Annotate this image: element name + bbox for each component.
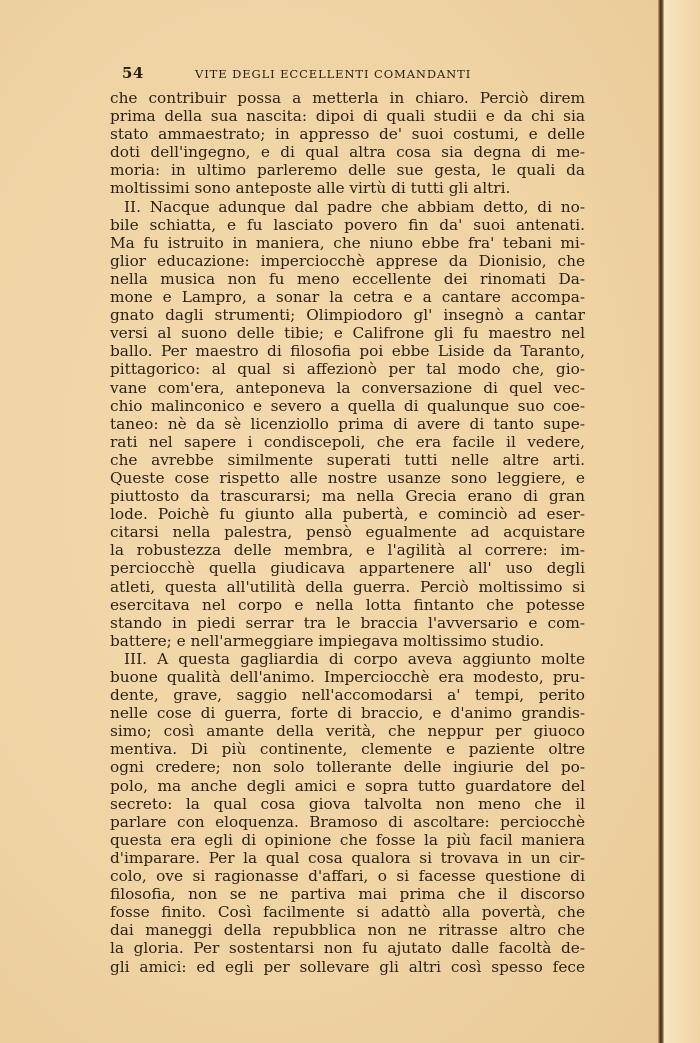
text-line: moria: in ultimo parleremo delle sue ges… (110, 161, 585, 179)
page-header: 54 VITE DEGLI ECCELLENTI COMANDANTI (122, 64, 592, 84)
adjacent-page-edge (664, 0, 700, 1043)
text-line: nelle cose di guerra, forte di braccio, … (110, 704, 585, 722)
text-line: secreto: la qual cosa giova talvolta non… (110, 795, 585, 813)
running-title: VITE DEGLI ECCELLENTI COMANDANTI (195, 67, 471, 81)
text-line: prima della sua nascita: dipoi di quali … (110, 107, 585, 125)
text-line: la robustezza delle membra, e l'agilità … (110, 541, 585, 559)
text-line: vane com'era, anteponeva la conversazion… (110, 379, 585, 397)
text-line: simo; così amante della verità, che nepp… (110, 722, 585, 740)
text-line: glior educazione: imperciocchè apprese d… (110, 252, 585, 270)
text-line: stando in piedi serrar tra le braccia l'… (110, 614, 585, 632)
text-line: perciocchè quella giudicava appartenere … (110, 559, 585, 577)
text-line: ogni credere; non solo tollerante delle … (110, 758, 585, 776)
section-start-line: II. Nacque adunque dal padre che abbiam … (110, 198, 585, 216)
text-line: colo, ove si ragionasse d'affari, o si f… (110, 867, 585, 885)
text-line: dente, grave, saggio nell'accomodarsi a'… (110, 686, 585, 704)
text-line: Queste cose rispetto alle nostre usanze … (110, 469, 585, 487)
text-line: versi al suono delle tibie; e Califrone … (110, 324, 585, 342)
text-line: fosse finito. Così facilmente si adattò … (110, 903, 585, 921)
text-line: polo, ma anche degli amici e sopra tutto… (110, 777, 585, 795)
body-text: che contribuir possa a metterla in chiar… (110, 89, 585, 976)
text-line: moltissimi sono anteposte alle virtù di … (110, 179, 585, 197)
text-line: nella musica non fu meno eccellente dei … (110, 270, 585, 288)
text-line: stato ammaestrato; in appresso de' suoi … (110, 125, 585, 143)
section-start-line: III. A questa gagliardia di corpo aveva … (110, 650, 585, 668)
text-line: la gloria. Per sostentarsi non fu ajutat… (110, 939, 585, 957)
text-line: piuttosto da trascurarsi; ma nella Greci… (110, 487, 585, 505)
text-line: che avrebbe similmente superati tutti ne… (110, 451, 585, 469)
text-line: parlare con eloquenza. Bramoso di ascolt… (110, 813, 585, 831)
page-number: 54 (122, 64, 144, 82)
text-line: Ma fu istruito in maniera, che niuno ebb… (110, 234, 585, 252)
text-line: atleti, questa all'utilità della guerra.… (110, 578, 585, 596)
text-line: pittagorico: al qual si affezionò per ta… (110, 360, 585, 378)
text-line: buone qualità dell'animo. Imperciocchè e… (110, 668, 585, 686)
text-line: citarsi nella palestra, pensò egualmente… (110, 523, 585, 541)
book-page: 54 VITE DEGLI ECCELLENTI COMANDANTI che … (0, 0, 660, 1043)
text-line: dai maneggi della repubblica non ne ritr… (110, 921, 585, 939)
text-line: questa era egli di opinione che fosse la… (110, 831, 585, 849)
text-line: taneo: nè da sè licenziollo prima di ave… (110, 415, 585, 433)
text-line: filosofia, non se ne partiva mai prima c… (110, 885, 585, 903)
text-line: doti dell'ingegno, e di qual altra cosa … (110, 143, 585, 161)
text-line: mone e Lampro, a sonar la cetra e a cant… (110, 288, 585, 306)
text-line: bile schiatta, e fu lasciato povero fin … (110, 216, 585, 234)
text-line: esercitava nel corpo e nella lotta finta… (110, 596, 585, 614)
text-line: ballo. Per maestro di filosofia poi ebbe… (110, 342, 585, 360)
text-line: gnato dagli strumenti; Olimpiodoro gl' i… (110, 306, 585, 324)
text-line: che contribuir possa a metterla in chiar… (110, 89, 585, 107)
text-line: lode. Poichè fu giunto alla pubertà, e c… (110, 505, 585, 523)
text-line: chio malinconico e severo a quella di qu… (110, 397, 585, 415)
text-line: rati nel sapere i condiscepoli, che era … (110, 433, 585, 451)
text-line: battere; e nell'armeggiare impiegava mol… (110, 632, 585, 650)
text-line: mentiva. Di più continente, clemente e p… (110, 740, 585, 758)
text-line: gli amici: ed egli per sollevare gli alt… (110, 958, 585, 976)
text-line: d'imparare. Per la qual cosa qualora si … (110, 849, 585, 867)
